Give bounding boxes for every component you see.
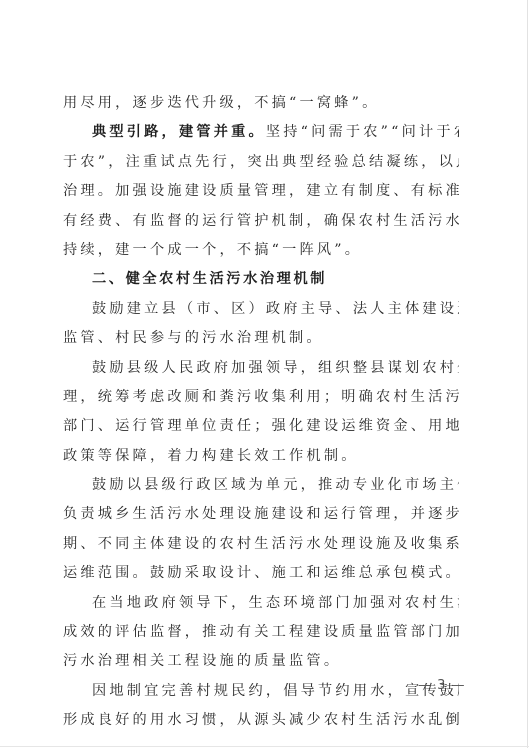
paragraph-line: 鼓励县级人民政府加强领导，组织整县谋划农村生活污水治 [63, 354, 459, 383]
bold-lead: 典型引路，建管并重。 [92, 124, 266, 140]
paragraph-line: 形成良好的用水习惯，从源头减少农村生活污水乱倒乱排的现 [63, 706, 459, 735]
paragraph-line: 用尽用，逐步迭代升级，不搞“一窝蜂”。 [63, 89, 459, 118]
paragraph-line: 于农”，注重试点先行，突出典型经验总结凝练，以点带面推进 [63, 148, 459, 177]
paragraph-line: 部门、运行管理单位责任；强化建设运维资金、用地用电及相关 [63, 412, 459, 441]
paragraph-line: 鼓励以县级行政区域为单元，推动专业化市场主体为主具体 [63, 471, 459, 500]
section-heading: 二、健全农村生活污水治理机制 [63, 265, 459, 294]
paragraph-line: 有经费、有监督的运行管护机制，确保农村生活污水治理健康可 [63, 207, 459, 236]
page-bottom-edge [0, 746, 529, 747]
paragraph-line: 理，统筹考虑改厕和粪污收集利用；明确农村生活污水治理职责 [63, 383, 459, 412]
paragraph-line: 政策等保障，着力构建长效工作机制。 [63, 442, 459, 471]
document-body: 用尽用，逐步迭代升级，不搞“一窝蜂”。 典型引路，建管并重。坚持“问需于农”“问… [63, 89, 459, 736]
paragraph-line: 因地制宜完善村规民约，倡导节约用水，宣传鼓励农民群众 [63, 677, 459, 706]
paragraph-line: 在当地政府领导下，生态环境部门加强对农村生活污水治理 [63, 589, 459, 618]
paragraph-line: 治理。加强设施建设质量管理，建立有制度、有标准、有队伍、 [63, 177, 459, 206]
paragraph-line: 典型引路，建管并重。坚持“问需于农”“问计于农”“问效 [63, 118, 459, 147]
paragraph-line: 污水治理相关工程设施的质量监管。 [63, 647, 459, 676]
paragraph-line: 监管、村民参与的污水治理机制。 [63, 324, 459, 353]
paragraph-line: 期、不同主体建设的农村生活污水处理设施及收集系统纳入统一 [63, 530, 459, 559]
page-number: — 3 — [418, 678, 466, 693]
paragraph-line: 运维范围。鼓励采取设计、施工和运维总承包模式。 [63, 559, 459, 588]
paragraph-line: 鼓励建立县（市、区）政府主导、法人主体建设运维、部门 [63, 295, 459, 324]
paragraph-line: 负责城乡生活污水处理设施建设和运行管理，并逐步将不同时 [63, 500, 459, 529]
page-edge [527, 0, 528, 748]
paragraph-line: 持续，建一个成一个，不搞“一阵风”。 [63, 236, 459, 265]
paragraph-line: 成效的评估监督，推动有关工程建设质量监管部门加强农村生活 [63, 618, 459, 647]
